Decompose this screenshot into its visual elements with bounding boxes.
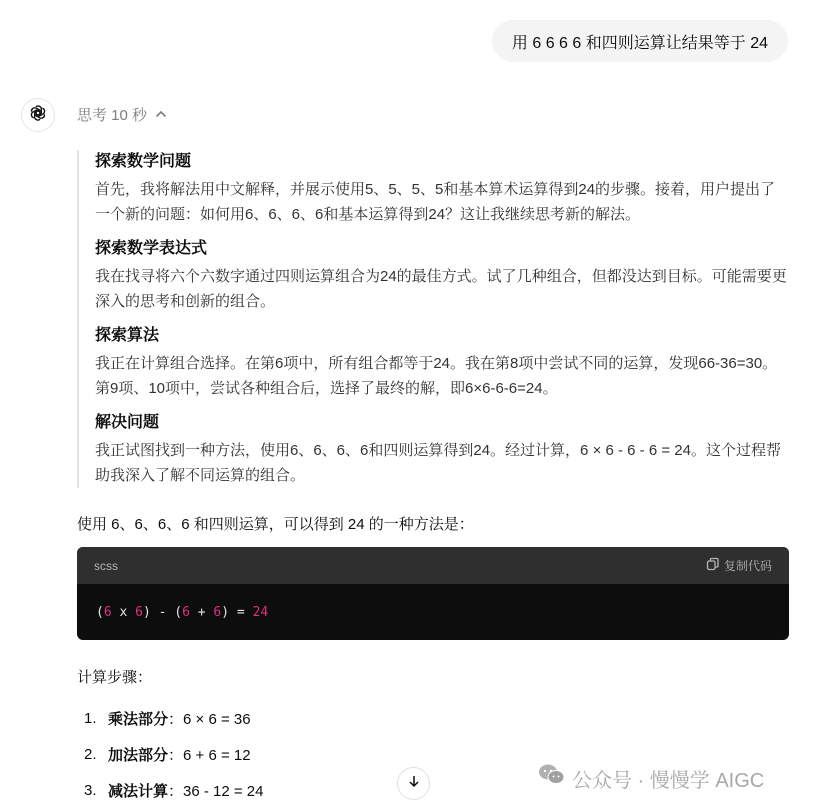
watermark: 公众号 · 慢慢学 AIGC bbox=[538, 763, 764, 793]
steps-list: 1. 乘法部分 ：6 × 6 = 36 2. 加法部分 ：6 + 6 = 12 … bbox=[84, 700, 264, 808]
thought-title: 探索数学表达式 bbox=[95, 237, 789, 261]
scroll-to-bottom-button[interactable] bbox=[397, 767, 430, 800]
code-number: 6 bbox=[135, 605, 143, 620]
assistant-avatar bbox=[21, 98, 55, 132]
openai-logo-icon bbox=[28, 103, 48, 128]
code-token: + bbox=[190, 605, 213, 620]
thought-body: 我在找寻将六个六数字通过四则运算组合为24的最佳方式。试了几种组合，但都没达到目… bbox=[95, 264, 789, 314]
code-token: ) = bbox=[221, 605, 252, 620]
step-index: 2. bbox=[84, 746, 108, 763]
thought-title: 解决问题 bbox=[95, 411, 789, 435]
answer-intro: 使用 6、6、6、6 和四则运算，可以得到 24 的一种方法是： bbox=[77, 513, 474, 534]
code-token: x bbox=[112, 605, 135, 620]
step-index: 3. bbox=[84, 782, 108, 799]
thinking-content: 探索数学问题 首先，我将解法用中文解释，并展示使用5、5、5、5和基本算术运算得… bbox=[77, 150, 789, 488]
thought-body: 我正在计算组合选择。在第6项中，所有组合都等于24。我在第8项中尝试不同的运算，… bbox=[95, 351, 789, 401]
step-item: 3. 减法计算 ：36 - 12 = 24 bbox=[84, 772, 264, 808]
arrow-down-icon bbox=[407, 774, 421, 793]
code-number: 24 bbox=[253, 605, 269, 620]
step-expression: ：6 + 6 = 12 bbox=[168, 744, 251, 765]
watermark-text: 公众号 · 慢慢学 AIGC bbox=[572, 764, 764, 793]
steps-title: 计算步骤： bbox=[77, 666, 152, 687]
code-token: ) - ( bbox=[143, 605, 182, 620]
thought-body: 首先，我将解法用中文解释，并展示使用5、5、5、5和基本算术运算得到24的步骤。… bbox=[95, 177, 789, 227]
step-expression: ：36 - 12 = 24 bbox=[168, 780, 263, 801]
code-header: scss 复制代码 bbox=[77, 547, 789, 584]
code-number: 6 bbox=[104, 605, 112, 620]
thought-block: 解决问题 我正试图找到一种方法，使用6、6、6、6和四则运算得到24。经过计算，… bbox=[95, 411, 789, 488]
step-index: 1. bbox=[84, 710, 108, 727]
thinking-toggle[interactable]: 思考 10 秒 bbox=[77, 103, 167, 125]
step-label: 加法部分 bbox=[108, 744, 168, 765]
code-token: ( bbox=[96, 605, 104, 620]
code-number: 6 bbox=[213, 605, 221, 620]
thought-block: 探索数学问题 首先，我将解法用中文解释，并展示使用5、5、5、5和基本算术运算得… bbox=[95, 150, 789, 227]
code-number: 6 bbox=[182, 605, 190, 620]
thought-title: 探索算法 bbox=[95, 324, 789, 348]
copy-code-button[interactable]: 复制代码 bbox=[706, 557, 772, 574]
user-message-bubble: 用 6 6 6 6 和四则运算让结果等于 24 bbox=[492, 20, 788, 62]
step-label: 减法计算 bbox=[108, 780, 168, 801]
copy-icon bbox=[706, 557, 720, 574]
code-block: scss 复制代码 (6 x 6) - (6 + 6) = 24 bbox=[77, 547, 789, 640]
wechat-icon bbox=[538, 763, 566, 793]
step-expression: ：6 × 6 = 36 bbox=[168, 708, 251, 729]
step-item: 2. 加法部分 ：6 + 6 = 12 bbox=[84, 736, 264, 772]
thought-body: 我正试图找到一种方法，使用6、6、6、6和四则运算得到24。经过计算，6 × 6… bbox=[95, 438, 789, 488]
code-language-label: scss bbox=[94, 559, 118, 573]
step-label: 乘法部分 bbox=[108, 708, 168, 729]
user-message-text: 用 6 6 6 6 和四则运算让结果等于 24 bbox=[512, 30, 768, 53]
code-content: (6 x 6) - (6 + 6) = 24 bbox=[77, 584, 789, 640]
thought-block: 探索算法 我正在计算组合选择。在第6项中，所有组合都等于24。我在第8项中尝试不… bbox=[95, 324, 789, 401]
thought-title: 探索数学问题 bbox=[95, 150, 789, 174]
thought-block: 探索数学表达式 我在找寻将六个六数字通过四则运算组合为24的最佳方式。试了几种组… bbox=[95, 237, 789, 314]
step-item: 1. 乘法部分 ：6 × 6 = 36 bbox=[84, 700, 264, 736]
copy-code-label: 复制代码 bbox=[724, 557, 772, 574]
thinking-label: 思考 10 秒 bbox=[77, 104, 147, 125]
chevron-up-icon bbox=[155, 110, 167, 118]
